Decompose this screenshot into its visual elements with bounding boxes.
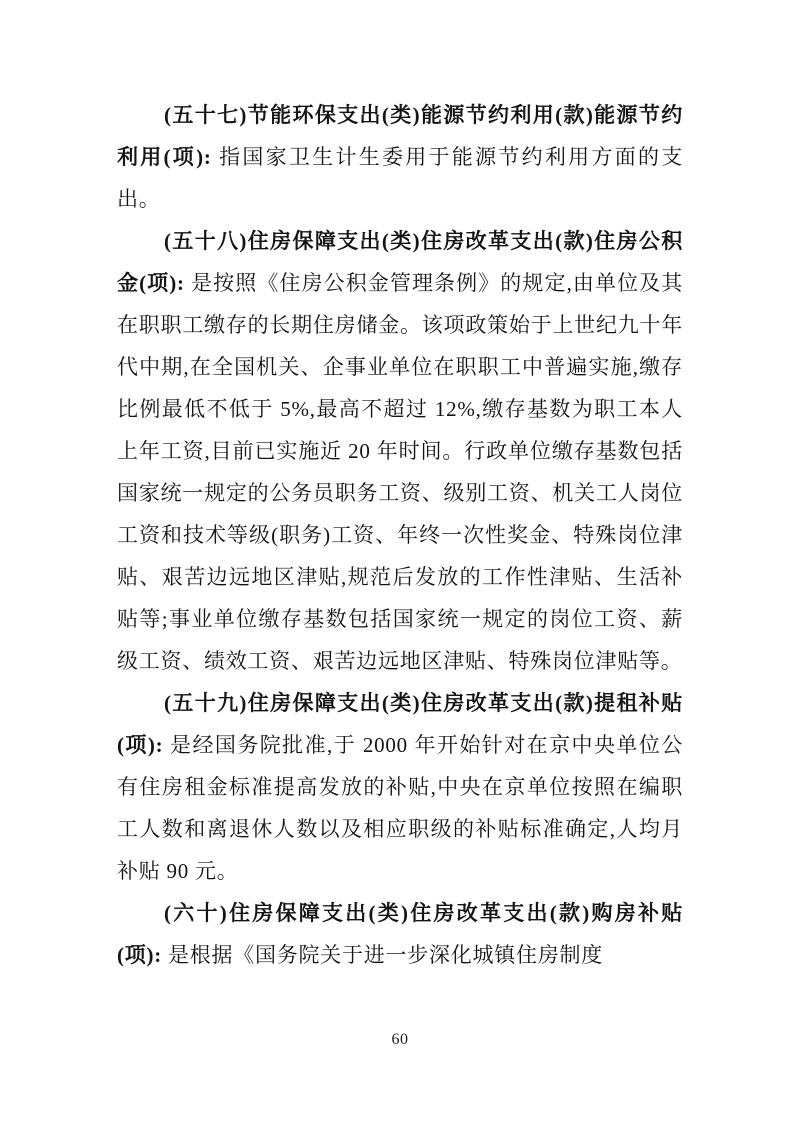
paragraph-59-body: 是经国务院批准,于 2000 年开始针对在京中央单位公有住房租金标准提高发放的补…: [117, 733, 683, 883]
paragraph-57: (五十七)节能环保支出(类)能源节约利用(款)能源节约利用(项):指国家卫生计生…: [117, 94, 683, 220]
page-number: 60: [0, 1030, 800, 1050]
paragraph-60: (六十)住房保障支出(类)住房改革支出(款)购房补贴(项):是根据《国务院关于进…: [117, 892, 683, 976]
paragraph-60-body: 是根据《国务院关于进一步深化城镇住房制度: [168, 943, 603, 967]
paragraph-58-body: 是按照《住房公积金管理条例》的规定,由单位及其在职职工缴存的长期住房储金。该项政…: [117, 271, 683, 673]
document-page: (五十七)节能环保支出(类)能源节约利用(款)能源节约利用(项):指国家卫生计生…: [0, 0, 800, 1131]
paragraph-59: (五十九)住房保障支出(类)住房改革支出(款)提租补贴(项):是经国务院批准,于…: [117, 682, 683, 892]
paragraph-58: (五十八)住房保障支出(类)住房改革支出(款)住房公积金(项):是按照《住房公积…: [117, 220, 683, 682]
text-content: (五十七)节能环保支出(类)能源节约利用(款)能源节约利用(项):指国家卫生计生…: [0, 0, 800, 976]
